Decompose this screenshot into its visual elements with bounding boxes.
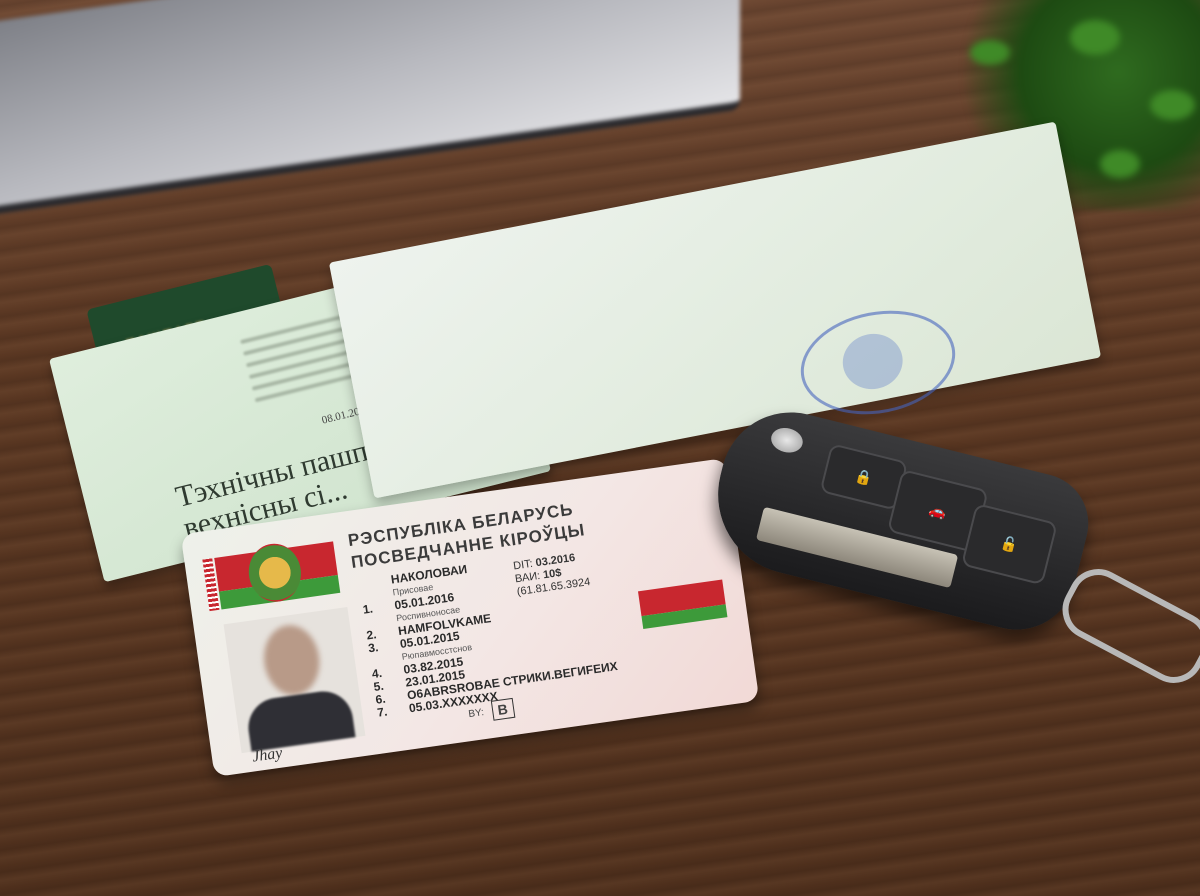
car-icon: 🚗 — [927, 501, 948, 522]
category-badge: B — [490, 698, 515, 721]
lock-icon: 🔒 — [853, 467, 874, 488]
belarus-flag-small — [638, 580, 727, 629]
signature: Jhay — [251, 745, 283, 767]
holder-photo — [224, 607, 366, 753]
unlock-button: 🔓 — [961, 503, 1058, 585]
key-release-button — [769, 425, 806, 456]
unlock-icon: 🔓 — [999, 534, 1020, 555]
